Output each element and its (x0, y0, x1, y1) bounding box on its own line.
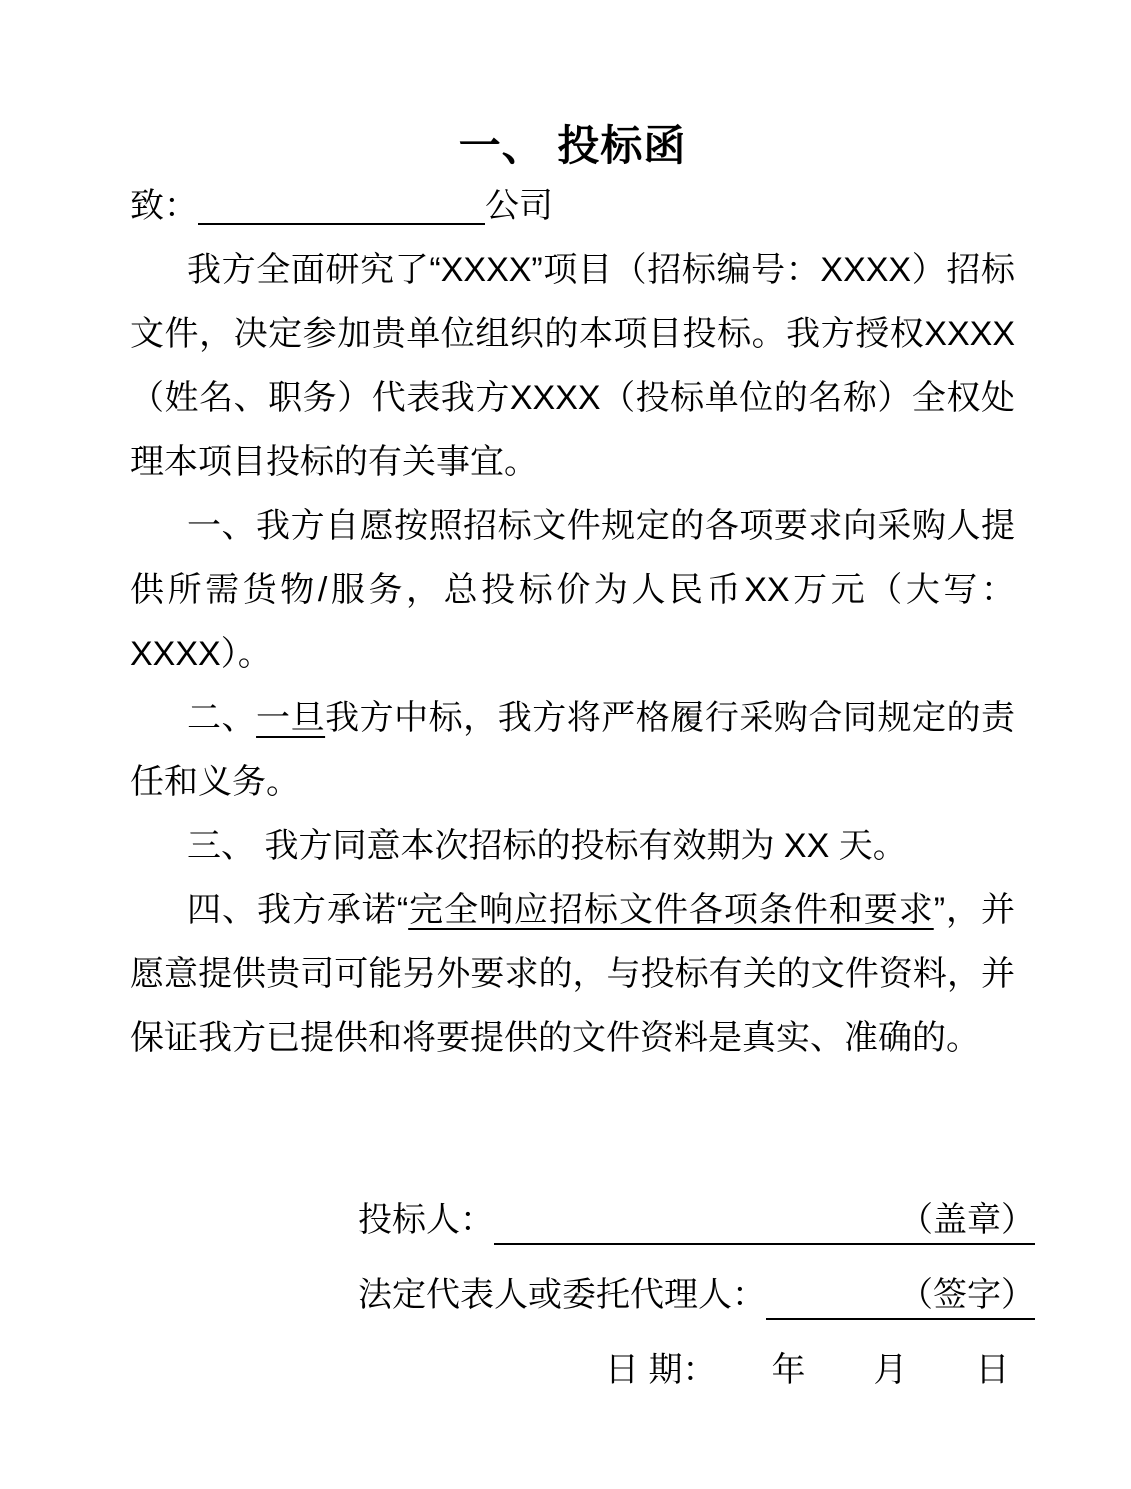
day-label[interactable]: 日 (975, 1342, 1009, 1391)
item4-underlined-phrase: 完全响应招标文件各项条件和要求 (408, 891, 934, 929)
salutation-company-suffix: 公司 (485, 187, 553, 225)
item2-underlined-phrase: 一旦 (256, 699, 325, 737)
company-name-blank[interactable] (198, 223, 485, 225)
date-label: 日 期： (605, 1342, 716, 1391)
document-body: 致：公司 我方全面研究了“XXXX”项目（招标编号：XXXX）招标文件，决定参加… (130, 174, 1015, 1070)
salutation-line: 致：公司 (130, 174, 1015, 238)
signature-block: 投标人： （盖章） 法定代表人或委托代理人： （签字） 日 期： 年 月 日 (130, 1192, 1015, 1391)
paragraph-item2: 二、一旦我方中标，我方将严格履行采购合同规定的责任和义务。 (130, 686, 1015, 814)
date-row: 日 期： 年 月 日 (130, 1342, 1035, 1391)
year-label[interactable]: 年 (771, 1342, 805, 1391)
paragraph-intro: 我方全面研究了“XXXX”项目（招标编号：XXXX）招标文件，决定参加贵单位组织… (130, 238, 1015, 494)
representative-signature-blank[interactable]: （签字） (766, 1267, 1035, 1320)
bidder-row: 投标人： （盖章） (130, 1192, 1035, 1245)
bidder-signature-blank[interactable]: （盖章） (494, 1192, 1035, 1245)
paragraph-item4: 四、我方承诺“完全响应招标文件各项条件和要求”，并愿意提供贵司可能另外要求的，与… (130, 878, 1015, 1070)
paragraph-item3: 三、 我方同意本次招标的投标有效期为 XX 天。 (130, 814, 1015, 878)
representative-row: 法定代表人或委托代理人： （签字） (130, 1267, 1035, 1320)
page-title: 一、 投标函 (130, 118, 1015, 174)
bidder-label: 投标人： (358, 1192, 494, 1241)
month-label[interactable]: 月 (873, 1342, 907, 1391)
representative-label: 法定代表人或委托代理人： (358, 1267, 766, 1316)
item2-prefix: 二、 (187, 699, 256, 737)
sign-note: （签字） (899, 1276, 1035, 1314)
salutation-to-label: 致： (130, 187, 198, 225)
item4-prefix: 四、我方承诺“ (187, 891, 408, 929)
seal-note: （盖章） (899, 1201, 1035, 1239)
paragraph-item1: 一、我方自愿按照招标文件规定的各项要求向采购人提供所需货物/服务，总投标价为人民… (130, 494, 1015, 686)
document-page: 一、 投标函 致：公司 我方全面研究了“XXXX”项目（招标编号：XXXX）招标… (0, 0, 1131, 1489)
